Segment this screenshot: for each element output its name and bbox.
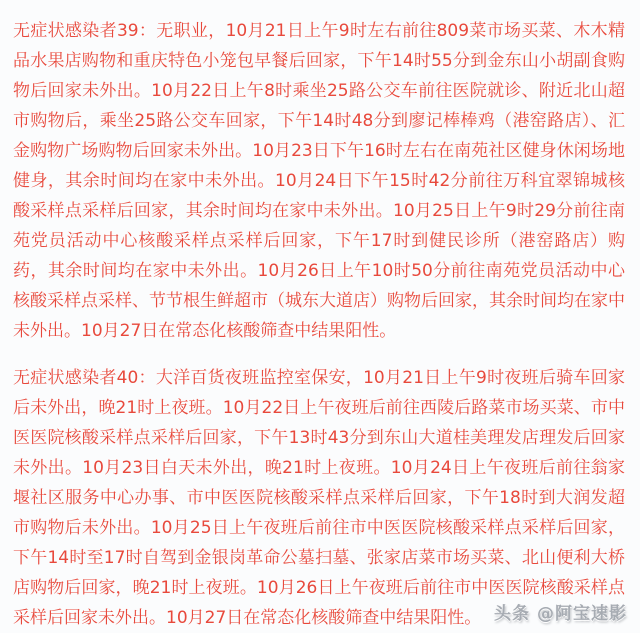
case-40-paragraph: 无症状感染者40：大洋百货夜班监控室保安，10月21日上午9时夜班后骑车回家后未… [13,363,625,633]
case-40-details: 大洋百货夜班监控室保安，10月21日上午9时夜班后骑车回家后未外出，晚21时上夜… [13,368,625,628]
report-body: 无症状感染者39：无职业，10月21日上午9时左右前往809菜市场买菜、木木精品… [0,0,640,633]
case-39-paragraph: 无症状感染者39：无职业，10月21日上午9时左右前往809菜市场买菜、木木精品… [13,16,625,346]
watermark-brand-toutiao: 头条 [494,604,530,624]
case-40-label: 无症状感染者40： [13,368,156,388]
case-39-details: 无职业，10月21日上午9时左右前往809菜市场买菜、木木精品水果店购物和重庆特… [13,21,625,341]
watermark: 头条@阿宝速影 [494,599,627,624]
watermark-author-handle: @阿宝速影 [537,604,627,624]
case-39-label: 无症状感染者39： [13,21,156,41]
